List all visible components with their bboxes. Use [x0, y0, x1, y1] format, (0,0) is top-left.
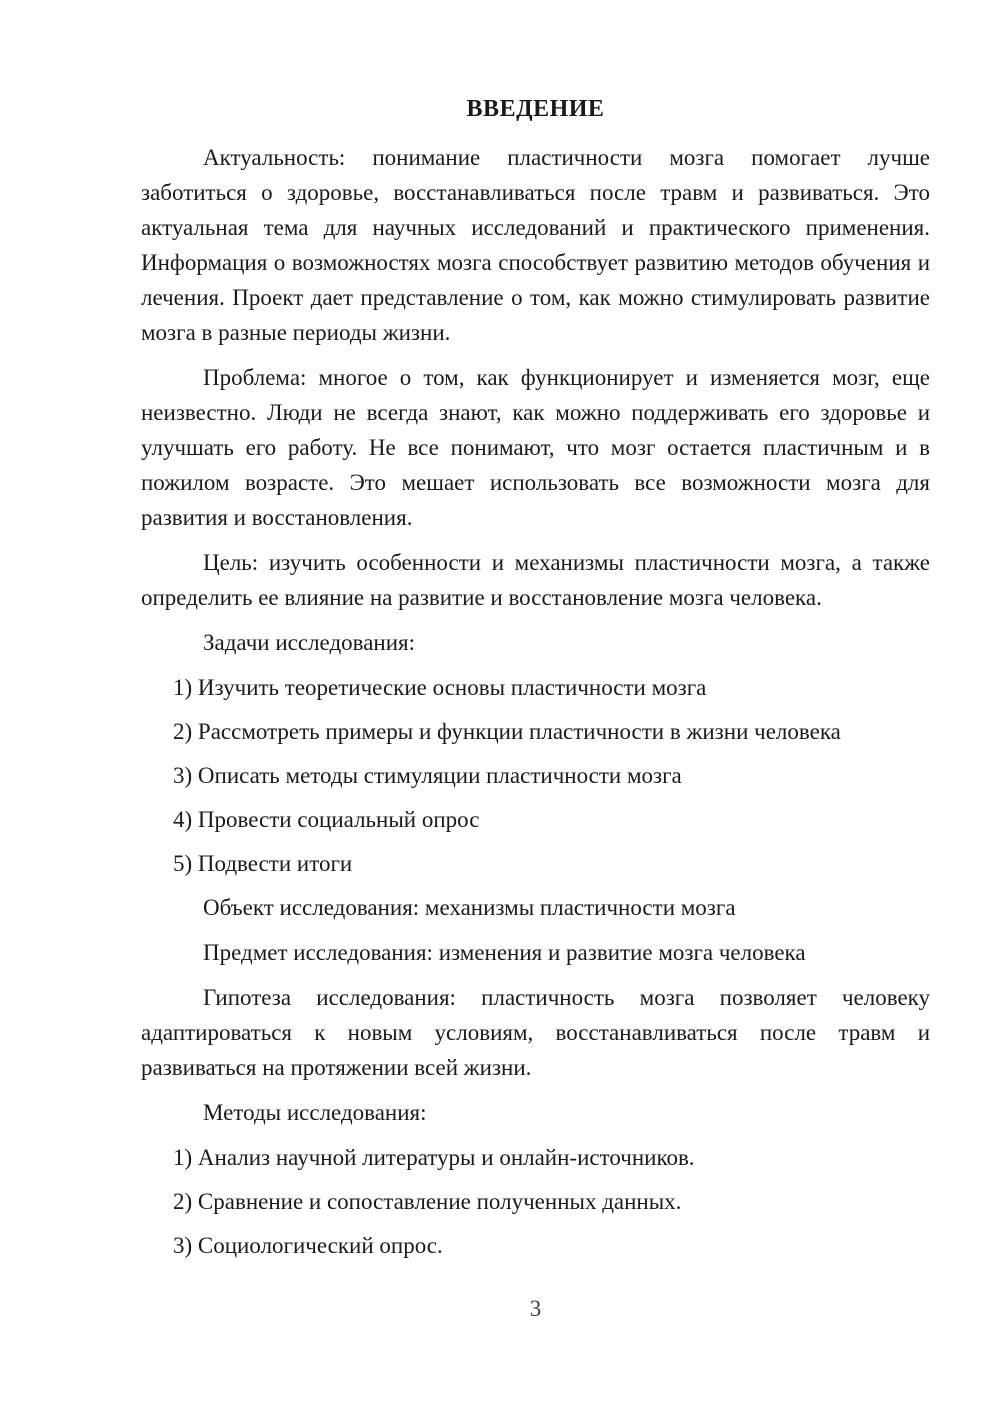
- method-item-3: 3) Социологический опрос.: [173, 1228, 930, 1263]
- task-item-1: 1) Изучить теоретические основы пластичн…: [173, 670, 930, 705]
- section-title: ВВЕДЕНИЕ: [141, 92, 930, 127]
- hypothesis-paragraph: Гипотеза исследования: пластичность мозг…: [141, 980, 930, 1085]
- methods-list: 1) Анализ научной литературы и онлайн-ис…: [141, 1140, 930, 1263]
- task-item-2: 2) Рассмотреть примеры и функции пластич…: [173, 714, 930, 749]
- page-number: 3: [141, 1291, 930, 1326]
- document-page: ВВЕДЕНИЕ Актуальность: понимание пластич…: [0, 0, 1000, 1414]
- paragraph-relevance: Актуальность: понимание пластичности моз…: [141, 140, 930, 350]
- task-item-4: 4) Провести социальный опрос: [173, 802, 930, 837]
- methods-heading: Методы исследования:: [141, 1095, 930, 1130]
- subject-paragraph: Предмет исследования: изменения и развит…: [141, 935, 930, 970]
- task-item-3: 3) Описать методы стимуляции пластичност…: [173, 758, 930, 793]
- object-paragraph: Объект исследования: механизмы пластично…: [141, 890, 930, 925]
- paragraph-problem: Проблема: многое о том, как функционируе…: [141, 360, 930, 535]
- method-item-1: 1) Анализ научной литературы и онлайн-ис…: [173, 1140, 930, 1175]
- tasks-heading: Задачи исследования:: [141, 625, 930, 660]
- paragraph-goal: Цель: изучить особенности и механизмы пл…: [141, 545, 930, 615]
- method-item-2: 2) Сравнение и сопоставление полученных …: [173, 1184, 930, 1219]
- task-item-5: 5) Подвести итоги: [173, 846, 930, 881]
- tasks-list: 1) Изучить теоретические основы пластичн…: [141, 670, 930, 881]
